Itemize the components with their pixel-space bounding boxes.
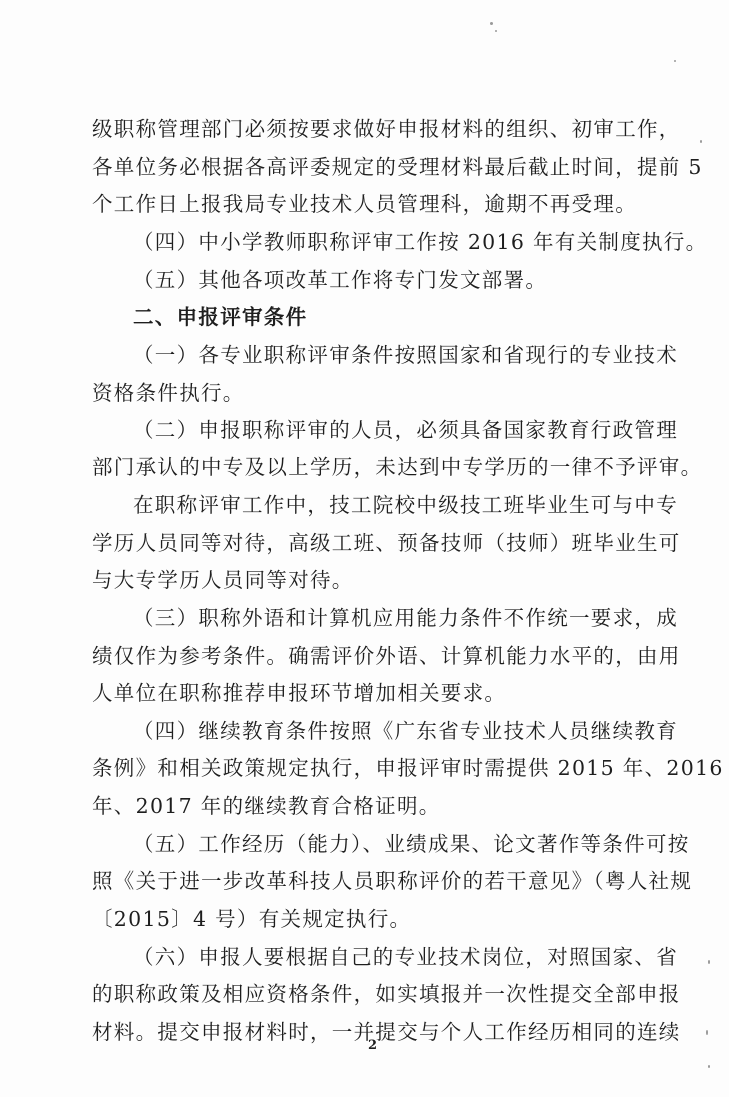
text-line: 条例》和相关政策规定执行，申报评审时需提供 2015 年、2016 [92,753,692,783]
text-line: （四）中小学教师职称评审工作按 2016 年有关制度执行。 [133,227,729,257]
document-page: 级职称管理部门必须按要求做好申报材料的组织、初审工作， 各单位务必根据各高评委规… [0,0,729,1097]
scan-speck [708,1065,710,1068]
text-line: 绩仅作为参考条件。确需评价外语、计算机能力水平的，由用 [92,641,692,671]
scan-speck [674,60,676,62]
text-line: 年、2017 年的继续教育合格证明。 [92,791,692,821]
text-line: 〔2015〕4 号）有关规定执行。 [92,904,692,934]
text-line: （五）其他各项改革工作将专门发文部署。 [133,265,729,295]
text-line: （二）申报职称评审的人员，必须具备国家教育行政管理 [133,415,729,445]
text-line: 材料。提交申报材料时，一并提交与个人工作经历相同的连续 [92,1017,692,1047]
scan-speck [490,22,493,25]
text-line: 人单位在职称推荐申报环节增加相关要求。 [92,678,692,708]
scan-speck [706,1030,708,1035]
text-line: 的职称政策及相应资格条件，如实填报并一次性提交全部申报 [92,979,692,1009]
text-line: 个工作日上报我局专业技术人员管理科，逾期不再受理。 [92,189,692,219]
text-line: 与大专学历人员同等对待。 [92,565,692,595]
text-line: （四）继续教育条件按照《广东省专业技术人员继续教育 [133,716,729,746]
text-line: （五）工作经历（能力）、业绩成果、论文著作等条件可按 [133,829,729,859]
text-line: 照《关于进一步改革科技人员职称评价的若干意见》（粤人社规 [92,866,692,896]
text-line: （一）各专业职称评审条件按照国家和省现行的专业技术 [133,340,729,370]
text-line: （六）申报人要根据自己的专业技术岗位，对照国家、省 [133,942,729,972]
section-heading: 二、申报评审条件 [133,302,729,332]
text-line: （三）职称外语和计算机应用能力条件不作统一要求，成 [133,603,729,633]
text-line: 级职称管理部门必须按要求做好申报材料的组织、初审工作， [92,114,692,144]
page-number: 2 [368,1038,377,1053]
text-line: 各单位务必根据各高评委规定的受理材料最后截止时间，提前 5 [92,152,692,182]
text-line: 部门承认的中专及以上学历，未达到中专学历的一律不予评审。 [92,452,692,482]
text-line: 在职称评审工作中，技工院校中级技工班毕业生可与中专 [133,490,729,520]
text-line: 学历人员同等对待，高级工班、预备技师（技师）班毕业生可 [92,528,692,558]
scan-speck [495,30,497,32]
scan-speck [708,960,710,964]
scan-speck [700,140,702,143]
text-line: 资格条件执行。 [92,378,692,408]
